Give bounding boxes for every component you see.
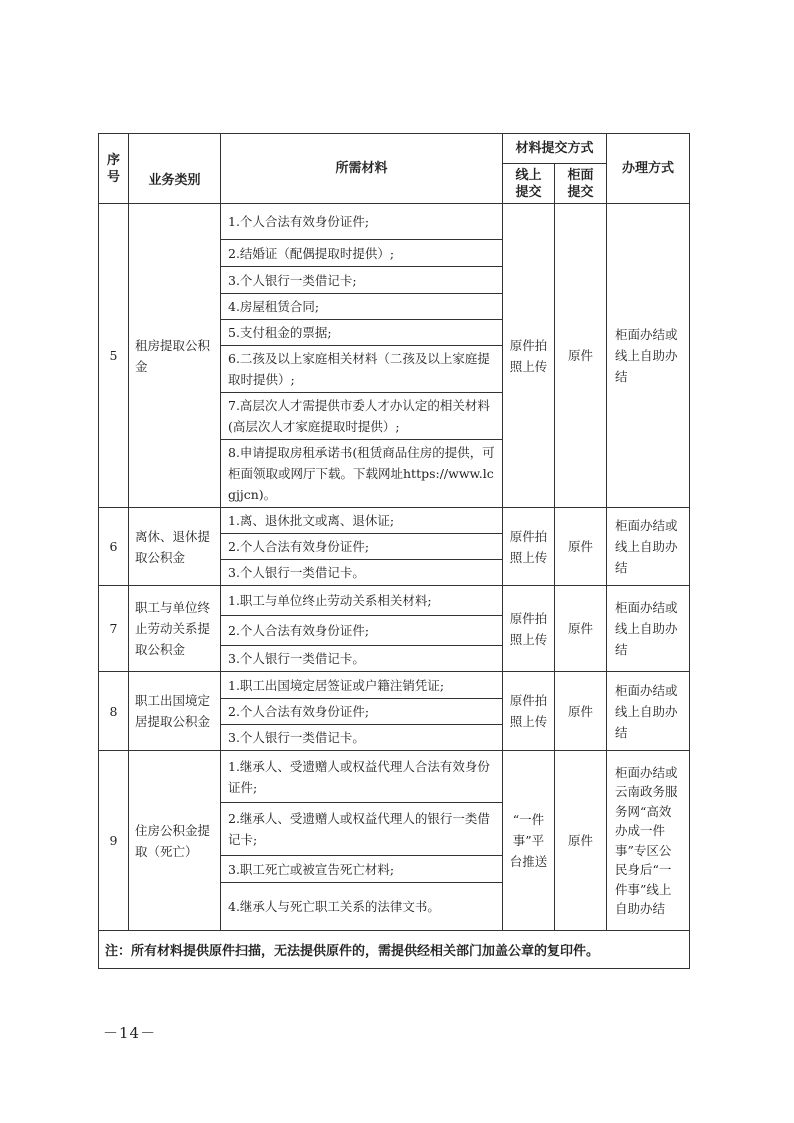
row-seq: 7 [99, 586, 129, 672]
material-item: 8.申请提取房租承诺书(租赁商品住房的提供，可柜面领取或网厅下载。下载网址htt… [221, 440, 503, 508]
header-method: 办理方式 [607, 134, 690, 204]
row-seq: 9 [99, 751, 129, 931]
row-seq: 6 [99, 508, 129, 586]
row-online: 原件拍照上传 [503, 204, 555, 508]
row-method: 柜面办结或线上自助办结 [607, 508, 690, 586]
row-category: 职工与单位终止劳动关系提取公积金 [129, 586, 221, 672]
material-item: 3.职工死亡或被宣告死亡材料; [221, 856, 503, 883]
header-seq: 序号 [99, 134, 129, 204]
row-seq: 5 [99, 204, 129, 508]
row-online: 原件拍照上传 [503, 672, 555, 751]
table-row: 6 离休、退休提取公积金 1.离、退休批文或离、退休证; 原件拍照上传 原件 柜… [99, 508, 690, 534]
table-row: 9 住房公积金提取（死亡） 1.继承人、受遗赠人或权益代理人合法有效身份证件; … [99, 751, 690, 803]
row-online: 原件拍照上传 [503, 508, 555, 586]
row-counter: 原件 [555, 508, 607, 586]
material-item: 6.二孩及以上家庭相关材料（二孩及以上家庭提取时提供）; [221, 346, 503, 393]
material-item: 3.个人银行一类借记卡。 [221, 725, 503, 751]
row-counter: 原件 [555, 204, 607, 508]
row-method: 柜面办结或线上自助办结 [607, 672, 690, 751]
material-item: 4.继承人与死亡职工关系的法律文书。 [221, 883, 503, 931]
table-row: 7 职工与单位终止劳动关系提取公积金 1.职工与单位终止劳动关系相关材料; 原件… [99, 586, 690, 616]
row-online: “一件事”平台推送 [503, 751, 555, 931]
row-category: 租房提取公积金 [129, 204, 221, 508]
materials-table: 序号 业务类别 所需材料 材料提交方式 办理方式 线上提交 柜面提交 5 租房提… [98, 133, 690, 969]
material-item: 4.房屋租赁合同; [221, 294, 503, 320]
material-item: 2.继承人、受遗赠人或权益代理人的银行一类借记卡; [221, 803, 503, 856]
table-note: 注：所有材料提供原件扫描，无法提供原件的，需提供经相关部门加盖公章的复印件。 [99, 931, 690, 969]
row-category: 职工出国境定居提取公积金 [129, 672, 221, 751]
material-item: 1.继承人、受遗赠人或权益代理人合法有效身份证件; [221, 751, 503, 803]
header-online: 线上提交 [503, 164, 555, 204]
material-item: 2.个人合法有效身份证件; [221, 534, 503, 560]
page-number: －14－ [103, 1022, 156, 1043]
row-seq: 8 [99, 672, 129, 751]
material-item: 1.职工出国境定居签证或户籍注销凭证; [221, 672, 503, 699]
row-counter: 原件 [555, 672, 607, 751]
row-counter: 原件 [555, 751, 607, 931]
material-item: 2.个人合法有效身份证件; [221, 699, 503, 725]
header-materials: 所需材料 [221, 134, 503, 204]
row-counter: 原件 [555, 586, 607, 672]
material-item: 7.高层次人才需提供市委人才办认定的相关材料(高层次人才家庭提取时提供）; [221, 393, 503, 440]
material-item: 3.个人银行一类借记卡。 [221, 560, 503, 586]
row-method: 柜面办结或线上自助办结 [607, 204, 690, 508]
material-item: 3.个人银行一类借记卡。 [221, 646, 503, 672]
material-item: 2.个人合法有效身份证件; [221, 616, 503, 646]
header-submission: 材料提交方式 [503, 134, 607, 164]
material-item: 5.支付租金的票据; [221, 320, 503, 346]
material-item: 3.个人银行一类借记卡; [221, 267, 503, 294]
row-method: 柜面办结或线上自助办结 [607, 586, 690, 672]
table-row: 8 职工出国境定居提取公积金 1.职工出国境定居签证或户籍注销凭证; 原件拍照上… [99, 672, 690, 699]
header-category: 业务类别 [129, 134, 221, 204]
row-category: 住房公积金提取（死亡） [129, 751, 221, 931]
material-item: 1.离、退休批文或离、退休证; [221, 508, 503, 534]
row-method: 柜面办结或云南政务服务网“高效办成一件事”专区公民身后“一件事”线上自助办结 [607, 751, 690, 931]
header-counter: 柜面提交 [555, 164, 607, 204]
row-category: 离休、退休提取公积金 [129, 508, 221, 586]
material-item: 2.结婚证（配偶提取时提供）; [221, 240, 503, 267]
material-item: 1.职工与单位终止劳动关系相关材料; [221, 586, 503, 616]
row-online: 原件拍照上传 [503, 586, 555, 672]
table-row: 5 租房提取公积金 1.个人合法有效身份证件; 原件拍照上传 原件 柜面办结或线… [99, 204, 690, 240]
material-item: 1.个人合法有效身份证件; [221, 204, 503, 240]
